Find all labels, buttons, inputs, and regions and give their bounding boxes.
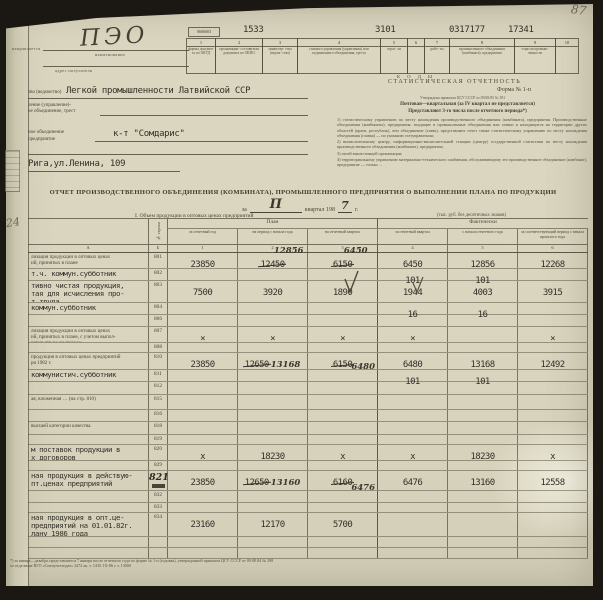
value-cell: [308, 435, 378, 444]
code-column: 7рабо- ты: [424, 38, 450, 74]
value-cell: 23850: [168, 471, 238, 490]
row-label: лизация продукции в оптовых ценахий, при…: [28, 327, 148, 342]
row-label: коммунистич.субботник: [28, 370, 148, 381]
value-cell: 6476: [378, 471, 448, 490]
table-row: ная продукция в действую-пт.ценах предпр…: [28, 471, 588, 491]
row-label-line: т.труда: [31, 298, 148, 302]
code-column-number: 10: [556, 39, 578, 47]
table-row: [28, 537, 588, 548]
row-label: [28, 461, 148, 470]
column-letter: 6: [518, 245, 588, 252]
value-cell: x: [168, 445, 238, 460]
typed-value: 13168: [470, 360, 494, 370]
code-column: 8промышленного объединения (комбината), …: [449, 38, 515, 74]
value-cell: [308, 382, 378, 394]
row-number: 810: [148, 353, 168, 369]
value-cell: ×: [518, 327, 588, 342]
footnote-2: ое отделение ВГО «Союзучетиздат» 2472 ак…: [10, 563, 565, 568]
typed-value: 23850: [190, 360, 214, 370]
value-cell: [168, 422, 238, 434]
submission-notes: 1) статистическому управлению по месту н…: [337, 117, 587, 168]
row-label-line: зательств по поставкам: [31, 340, 148, 342]
value-cell: [238, 422, 308, 434]
value-cell: [238, 269, 308, 280]
enterprise-underline-2: [28, 154, 308, 155]
table-row: коммунистич.субботник811101101: [28, 370, 588, 382]
row-number: 829: [148, 461, 168, 470]
table-row: 819: [28, 435, 588, 445]
value-cell: [378, 410, 448, 421]
code-column-label: отрасли промыш- ленности: [515, 47, 555, 73]
column-letter: Б: [148, 245, 168, 252]
row-label: [28, 343, 148, 352]
value-cell: [448, 395, 518, 409]
value-cell: [448, 343, 518, 352]
value-cell: [168, 269, 238, 280]
value-cell: [448, 548, 518, 558]
enterprise-label-2: предприятие: [28, 137, 55, 142]
header-groups: План Фактически: [168, 219, 588, 229]
header-columns: за отчетный годна период с начала годана…: [168, 229, 588, 244]
code-column-label: главного управления (управления) или под…: [298, 47, 380, 73]
value-cell: 1890: [308, 281, 378, 302]
value-cell: [378, 491, 448, 502]
deadline-line: Представляют 3-го числа после отчетного …: [345, 109, 590, 114]
routing-value-handwritten: ПЭО: [79, 22, 149, 52]
value-cell: [238, 537, 308, 547]
value-cell: 16: [448, 303, 518, 314]
column-header: за соответствующий период с начала прошл…: [518, 229, 588, 244]
column-letter: 1: [168, 245, 238, 252]
value-cell: [308, 269, 378, 280]
value-cell: [378, 513, 448, 536]
code-column-number: 2: [216, 39, 262, 47]
table-row: м поставок продукции вх договоров820x182…: [28, 445, 588, 461]
row-number: 802: [148, 269, 168, 280]
value-cell: [518, 503, 588, 512]
row-label: высшей категории качества: [28, 422, 148, 434]
code-column-label: организации- составителя документа по ОК…: [216, 47, 262, 73]
value-cell: 12558: [518, 471, 588, 490]
column-letter: 4: [378, 245, 448, 252]
glavk-underline: [100, 115, 308, 116]
row-label: тивно чистая продукция,тая для исчислени…: [28, 281, 148, 302]
value-cell: [448, 461, 518, 470]
table-row: лизация продукции в оптовых ценахий, при…: [28, 253, 588, 269]
row-label-line: пт.ценах предприятий: [31, 480, 148, 488]
value-cell: [238, 548, 308, 558]
code-column-label: [408, 47, 424, 73]
row-label-line: ая, вложенная … (на стр. 810): [31, 396, 148, 402]
handwritten-checkmark: [412, 276, 424, 294]
code-column-number: 3: [263, 39, 297, 47]
report-table-body: лизация продукции в оптовых ценахий, при…: [28, 253, 588, 559]
code-column: 1формы докумен- та по ОКУД: [186, 38, 216, 74]
entered-code-value: 3101: [375, 25, 395, 35]
value-cell: [168, 491, 238, 502]
row-number: 834: [148, 513, 168, 536]
ministry-underline: [28, 98, 308, 99]
table-row: т.ч. коммун.субботник802101101: [28, 269, 588, 281]
value-cell: [518, 395, 588, 409]
column-header: за отчетный квартал: [378, 229, 448, 244]
value-cell: 23160: [168, 513, 238, 536]
typed-value: 12492: [540, 360, 564, 370]
report-table: № строки План Фактически за отчетный год…: [28, 218, 588, 559]
value-cell: [518, 370, 588, 381]
row-label: ная продукция в действую-пт.ценах предпр…: [28, 471, 148, 490]
row-label: [28, 435, 148, 444]
value-cell: [168, 303, 238, 314]
value-cell: 3915: [518, 281, 588, 302]
row-number: [148, 548, 168, 558]
row-label-line: коммун.субботник: [31, 304, 148, 312]
value-cell: ×: [308, 327, 378, 342]
header-label-col: [28, 219, 148, 244]
value-cell: [168, 343, 238, 352]
typed-value: 23850: [190, 478, 214, 488]
row-number: [148, 537, 168, 547]
row-label-line: х договоров: [31, 454, 148, 460]
value-cell: 7500: [168, 281, 238, 302]
value-cell: [168, 548, 238, 558]
code-column-label: отрас- ли: [381, 47, 407, 73]
margin-note: 24: [5, 215, 21, 230]
header-line-no: № строки: [148, 219, 168, 244]
value-cell: [238, 382, 308, 394]
value-cell: 6450: [378, 253, 448, 268]
code-column: 9отрасли промыш- ленности: [514, 38, 556, 74]
typed-value: 12170: [260, 520, 284, 530]
typed-value: 13160: [470, 478, 494, 488]
entered-code-value: 17341: [508, 25, 534, 35]
row-number: 818: [148, 422, 168, 434]
value-cell: 23850: [168, 253, 238, 268]
row-label-line: т.ч. коммун.субботник: [31, 270, 148, 278]
value-cell: [308, 315, 378, 326]
row-label: коммун.субботник: [28, 303, 148, 314]
value-cell: [168, 382, 238, 394]
value-cell: 101: [448, 370, 518, 381]
glavk-label-1: ление (управление)-: [28, 103, 71, 108]
row-label: [28, 491, 148, 502]
value-cell: 1265013168: [238, 353, 308, 369]
value-cell: [308, 370, 378, 381]
value-cell: [308, 410, 378, 421]
value-cell: [378, 395, 448, 409]
row-number: 807: [148, 327, 168, 342]
row-label: [28, 382, 148, 394]
struck-value: 6150: [333, 360, 352, 370]
value-cell: x: [308, 445, 378, 460]
year-blank: 7: [338, 199, 352, 213]
code-column-label: формы докумен- та по ОКУД: [187, 47, 215, 73]
value-cell: [518, 513, 588, 536]
value-cell: [448, 327, 518, 342]
routing-label: направляется: [12, 46, 41, 51]
code-column: 3министер- ства (ведом- ства): [262, 38, 298, 74]
handwritten-checkmark: [344, 270, 359, 294]
typed-value: 6480: [403, 360, 422, 370]
row-number: 804: [148, 303, 168, 314]
typed-value: 4003: [473, 288, 492, 298]
value-cell: 18230: [448, 445, 518, 460]
code-column-label: промышленного объединения (комбината), п…: [450, 47, 514, 73]
submission-note: 3) своей вышестоящей организации;: [337, 151, 587, 156]
value-cell: 1265013160: [238, 471, 308, 490]
table-row: 816: [28, 410, 588, 422]
submission-note: 1) статистическому управлению по месту н…: [337, 117, 587, 138]
value-cell: [238, 395, 308, 409]
row-label-line: ий, принятых в плане: [31, 260, 148, 266]
value-cell: 101: [448, 269, 518, 280]
entered-code-value: 1533: [243, 25, 263, 35]
row-label-line: ря 1982 г.: [31, 360, 148, 366]
row-number: 816: [148, 410, 168, 421]
handwritten-correction: 13168: [271, 360, 301, 370]
value-cell: [448, 382, 518, 394]
column-letter: А: [28, 245, 148, 252]
table-row: 812: [28, 382, 588, 395]
value-cell: [518, 491, 588, 502]
value-cell: [518, 435, 588, 444]
value-cell: [238, 343, 308, 352]
row-label: [28, 315, 148, 326]
routing-name-caption: наименование: [95, 52, 125, 57]
typed-value: 3920: [263, 288, 282, 298]
value-cell: [238, 315, 308, 326]
plan-group-header: План: [168, 219, 378, 228]
header-main: План Фактически за отчетный годна период…: [168, 219, 588, 244]
value-cell: 61506450: [308, 253, 378, 268]
value-cell: [378, 343, 448, 352]
value-cell: 12856: [448, 253, 518, 268]
value-cell: [518, 548, 588, 558]
code-column: 6: [407, 38, 425, 74]
row-label-line: высшей категории качества: [31, 423, 148, 429]
code-column-label: [556, 47, 578, 73]
column-header: на отчетный квартал: [308, 229, 378, 244]
value-cell: [168, 503, 238, 512]
value-cell: [308, 461, 378, 470]
code-column-number: 9: [515, 39, 555, 47]
table-row: ая, вложенная … (на стр. 810)815: [28, 395, 588, 410]
address-underline: [28, 171, 180, 172]
ministry-value: Легкой промышленности Латвийской ССР: [66, 86, 250, 96]
submission-note: 2) вычислительному центру, информационно…: [337, 139, 587, 150]
value-cell: [168, 537, 238, 547]
struck-value: 12650: [245, 360, 269, 370]
value-cell: ×: [378, 327, 448, 342]
row-number: 812: [148, 382, 168, 394]
fact-group-header: Фактически: [378, 219, 588, 228]
okud-doc-code: 0606003: [188, 27, 220, 37]
typed-value: 12558: [540, 478, 564, 488]
value-cell: 4003: [448, 281, 518, 302]
row-number: 833: [148, 503, 168, 512]
row-number: 820: [148, 445, 168, 460]
value-cell: [448, 410, 518, 421]
page-number: 87: [570, 2, 587, 18]
value-cell: [378, 503, 448, 512]
row-number: 808: [148, 343, 168, 352]
periodicity-line: Почтовая—квартальная (за IV квартал не п…: [345, 102, 590, 107]
value-cell: [518, 269, 588, 280]
code-column-label: рабо- ты: [425, 47, 449, 73]
value-cell: [518, 343, 588, 352]
code-column-number: 4: [298, 39, 380, 47]
value-cell: [238, 461, 308, 470]
column-header: на период с начала года: [238, 229, 308, 244]
value-cell: 3920: [238, 281, 308, 302]
table-row: ная продукция в опт.це-предприятий на 01…: [28, 513, 588, 537]
value-cell: [308, 537, 378, 547]
value-cell: [168, 435, 238, 444]
entered-code-value: 0317177: [449, 25, 485, 35]
table-row: тивно чистая продукция,тая для исчислени…: [28, 281, 588, 303]
routing-addr-caption: адрес получателя: [55, 68, 92, 73]
code-column: 10: [555, 38, 579, 74]
submission-note: 4) территориальному управлению материаль…: [337, 157, 587, 168]
value-cell: [308, 343, 378, 352]
value-cell: [378, 315, 448, 326]
table-row: продукция в оптовых ценах предприятийря …: [28, 353, 588, 370]
row-number: 801: [148, 253, 168, 268]
value-cell: 18230: [238, 445, 308, 460]
handwritten-correction: 12856: [274, 246, 304, 256]
row-number: 803: [148, 281, 168, 302]
value-cell: [308, 395, 378, 409]
row-label: т.ч. коммун.субботник: [28, 269, 148, 280]
routing-line-2: [43, 66, 189, 67]
address-value: Рига,ул.Ленина, 109: [28, 159, 125, 169]
struck-value: 6160: [333, 478, 352, 488]
value-cell: 101: [378, 370, 448, 381]
stamp-fragment-icon: [5, 150, 20, 192]
column-header: с начала отчетного года: [448, 229, 518, 244]
table-row: 829: [28, 461, 588, 471]
code-column: 4главного управления (управления) или по…: [297, 38, 381, 74]
struck-value: 12650: [245, 478, 269, 488]
value-cell: [518, 422, 588, 434]
value-cell: [238, 303, 308, 314]
letters-row: АБ123456: [28, 244, 588, 253]
quarter-line: за П квартал 198 7 г.: [170, 197, 430, 213]
value-cell: [518, 303, 588, 314]
row-number: 821: [148, 471, 168, 490]
line-no-caption: № строки: [156, 222, 161, 240]
row-number: 806: [148, 315, 168, 326]
row-label: [28, 548, 148, 558]
code-column-number: 1: [187, 39, 215, 47]
row-label: [28, 410, 148, 421]
value-cell: [378, 435, 448, 444]
value-cell: 12170: [238, 513, 308, 536]
value-cell: x: [378, 445, 448, 460]
enterprise-label-1: ное объединение: [28, 130, 64, 135]
value-cell: 16: [378, 303, 448, 314]
row-label-line: лану 1986 года: [31, 530, 148, 536]
enterprise-underline: [95, 141, 308, 142]
row-label-line: коммунистич.субботник: [31, 371, 148, 379]
code-column-number: 6: [408, 39, 424, 47]
value-cell: [168, 461, 238, 470]
value-cell: [448, 315, 518, 326]
value-cell: [168, 370, 238, 381]
code-column-number: 8: [450, 39, 514, 47]
ministry-label: тво (ведомство): [28, 90, 61, 95]
column-header: за отчетный год: [168, 229, 238, 244]
value-cell: [308, 548, 378, 558]
quarter-suffix: г.: [355, 207, 358, 213]
binding-edge: [6, 0, 29, 586]
value-cell: [168, 315, 238, 326]
table-row: 832: [28, 491, 588, 503]
enterprise-value: к-т "Сомдарис": [113, 129, 185, 139]
row-label: [28, 537, 148, 547]
value-cell: [448, 435, 518, 444]
row-label: ная продукция в опт.це-предприятий на 01…: [28, 513, 148, 536]
row-label: [28, 503, 148, 512]
value-cell: 13160: [448, 471, 518, 490]
row-number: 815: [148, 395, 168, 409]
value-cell: 5700: [308, 513, 378, 536]
row-number: 811: [148, 370, 168, 381]
column-letter: 5: [448, 245, 518, 252]
code-column-number: 5: [381, 39, 407, 47]
row-label: продукция в оптовых ценах предприятийря …: [28, 353, 148, 369]
value-cell: [448, 537, 518, 547]
code-column: 2организации- составителя документа по О…: [215, 38, 263, 74]
value-cell: [518, 537, 588, 547]
row-number: 832: [148, 491, 168, 502]
value-cell: [308, 491, 378, 502]
value-cell: [308, 303, 378, 314]
value-cell: [168, 410, 238, 421]
value-cell: [448, 503, 518, 512]
table-row: коммун.субботник8041616: [28, 303, 588, 315]
table-row: лизация продукции в оптовых ценахий, при…: [28, 327, 588, 343]
table-row: 806: [28, 315, 588, 327]
value-cell: [518, 410, 588, 421]
row-number-handwritten: 821: [149, 472, 169, 483]
value-cell: [308, 503, 378, 512]
quarter-middle: квартал 198: [305, 207, 335, 213]
value-cell: [378, 537, 448, 547]
handwritten-correction: 13160: [271, 478, 301, 488]
typed-value: 3915: [543, 288, 562, 298]
value-cell: ×: [238, 327, 308, 342]
code-column-label: министер- ства (ведом- ства): [263, 47, 297, 73]
value-cell: x: [518, 445, 588, 460]
table-row: 833: [28, 503, 588, 513]
ink-blot: [152, 484, 165, 488]
value-cell: ×: [168, 327, 238, 342]
year-handwritten: 7: [341, 199, 349, 212]
value-cell: [378, 548, 448, 558]
value-cell: 61606476: [308, 471, 378, 490]
value-cell: [448, 491, 518, 502]
table-row: высшей категории качества818: [28, 422, 588, 435]
value-cell: 12492: [518, 353, 588, 369]
value-cell: [168, 395, 238, 409]
value-cell: [518, 382, 588, 394]
value-cell: 13168: [448, 353, 518, 369]
value-cell: [308, 422, 378, 434]
typed-value: 23160: [190, 520, 214, 530]
stat-reporting-label: СТАТИСТИЧЕСКАЯ ОТЧЕТНОСТЬ: [388, 79, 521, 85]
value-cell: [238, 370, 308, 381]
